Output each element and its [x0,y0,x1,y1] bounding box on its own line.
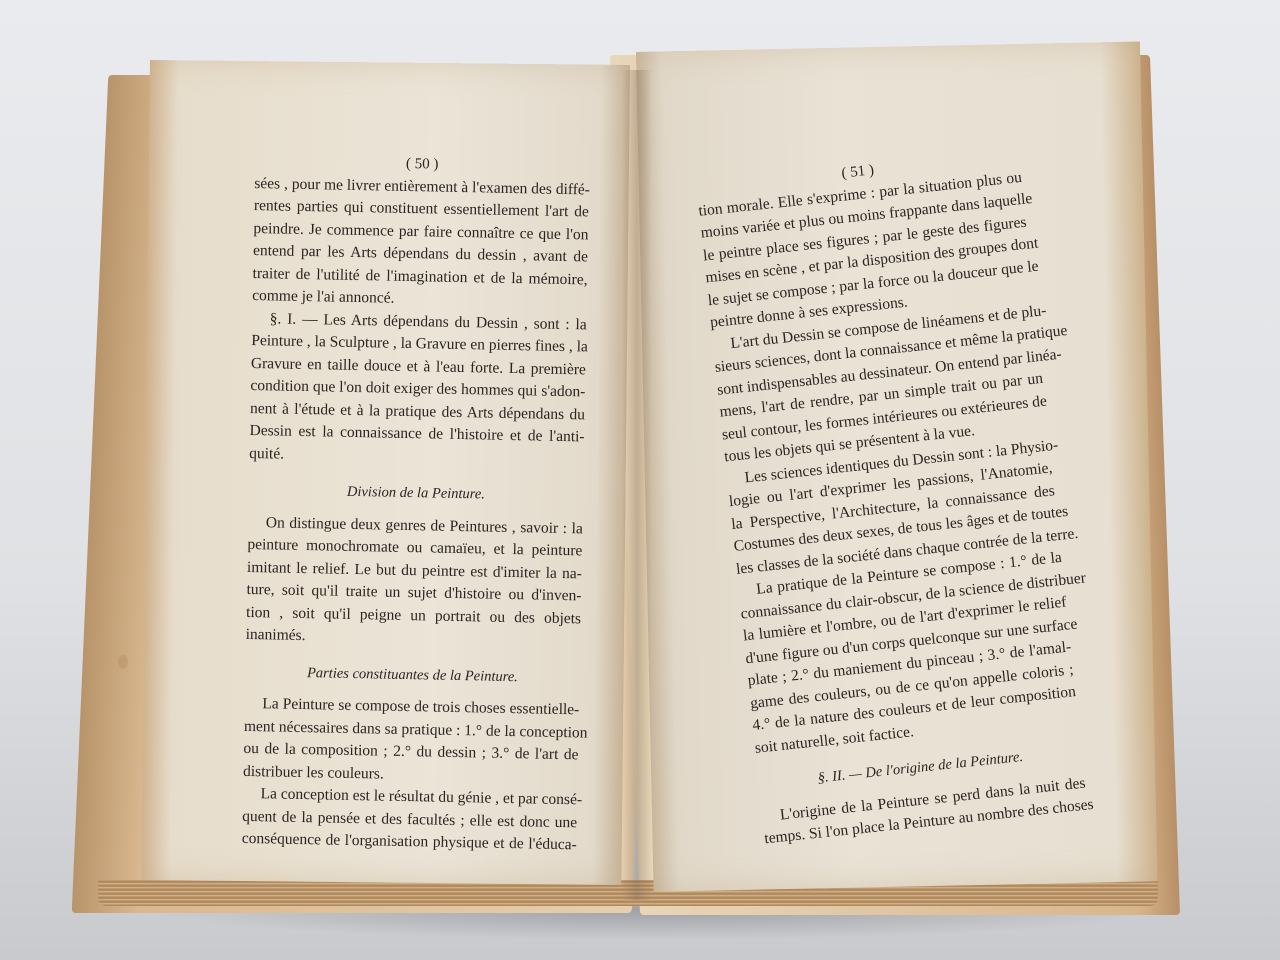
book-gutter [622,70,652,900]
right-page-text: ( 51 ) tion morale. Elle s'exprime : par… [695,144,1089,851]
open-book: ( 50 ) sées , pour me livrer entièrement… [0,0,1280,960]
section-heading: Parties constituantes de la Peinture. [245,660,580,689]
foxing-stain [118,655,128,669]
left-page-text: ( 50 ) sées , pour me livrer entièrement… [242,150,590,857]
section-heading: Division de la Peinture. [248,479,583,508]
